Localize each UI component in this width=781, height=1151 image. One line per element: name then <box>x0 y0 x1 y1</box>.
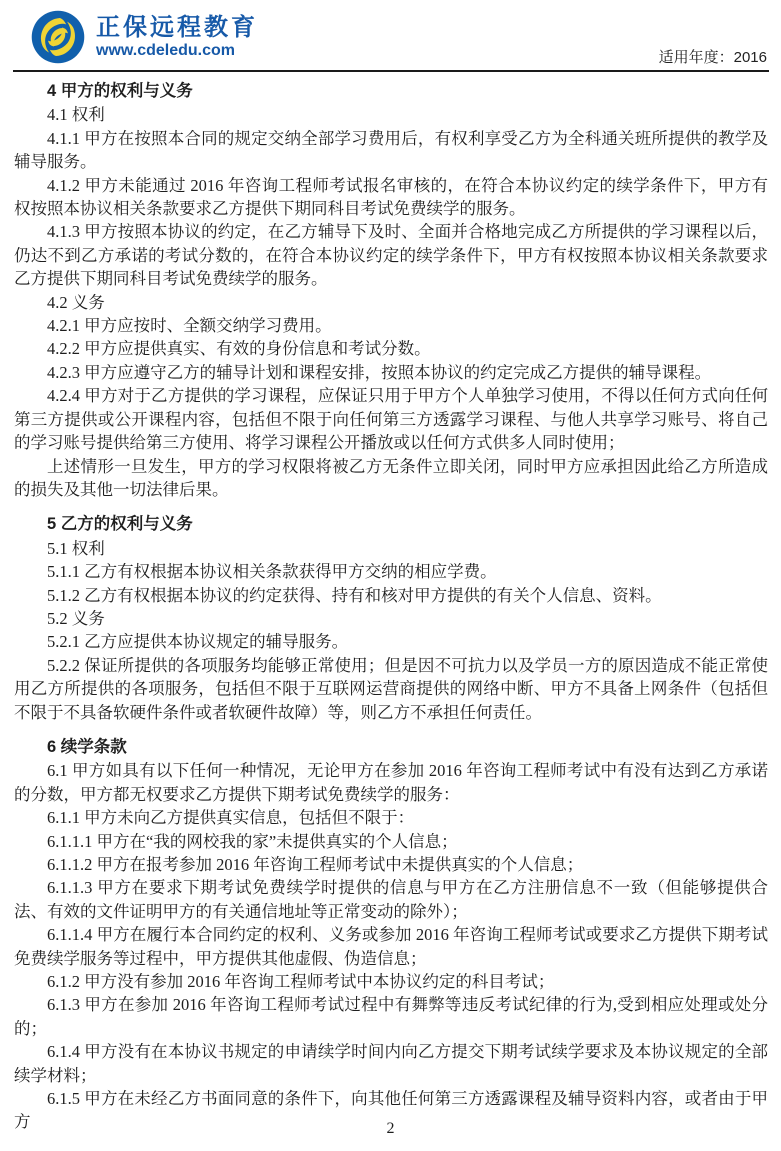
paragraph: 4.2 义务 <box>14 291 768 314</box>
paragraph: 6.1.1.2 甲方在报考参加 2016 年咨询工程师考试中未提供真实的个人信息… <box>14 853 768 876</box>
paragraph: 4.1.2 甲方未能通过 2016 年咨询工程师考试报名审核的，在符合本协议约定… <box>14 174 768 221</box>
section-heading: 6 续学条款 <box>14 736 768 759</box>
section-heading: 4 甲方的权利与义务 <box>14 80 768 103</box>
paragraph: 4.2.1 甲方应按时、全额交纳学习费用。 <box>14 314 768 337</box>
header-divider <box>13 70 769 72</box>
paragraph: 6.1.3 甲方在参加 2016 年咨询工程师考试过程中有舞弊等违反考试纪律的行… <box>14 993 768 1040</box>
paragraph: 4.1 权利 <box>14 103 768 126</box>
brand-name: 正保远程教育 <box>96 14 258 41</box>
document-page: 正保远程教育 www.cdeledu.com 适用年度：2016 4 甲方的权利… <box>0 0 781 1151</box>
paragraph: 6.1.1.4 甲方在履行本合同约定的权利、义务或参加 2016 年咨询工程师考… <box>14 923 768 970</box>
applicable-year-label: 适用年度：2016 <box>659 46 767 67</box>
document-body: 4 甲方的权利与义务4.1 权利4.1.1 甲方在按照本合同的规定交纳全部学习费… <box>14 80 768 1134</box>
brand-logo-icon <box>29 8 87 66</box>
paragraph: 6.1.1.1 甲方在“我的网校我的家”未提供真实的个人信息； <box>14 830 768 853</box>
paragraph: 6.1.1.3 甲方在要求下期考试免费续学时提供的信息与甲方在乙方注册信息不一致… <box>14 876 768 923</box>
page-number: 2 <box>0 1120 781 1138</box>
paragraph: 6.1.2 甲方没有参加 2016 年咨询工程师考试中本协议约定的科目考试； <box>14 970 768 993</box>
paragraph: 4.2.3 甲方应遵守乙方的辅导计划和课程安排，按照本协议的约定完成乙方提供的辅… <box>14 361 768 384</box>
paragraph: 5.1.2 乙方有权根据本协议的约定获得、持有和核对甲方提供的有关个人信息、资料… <box>14 584 768 607</box>
brand-website: www.cdeledu.com <box>96 41 258 61</box>
paragraph: 5.1.1 乙方有权根据本协议相关条款获得甲方交纳的相应学费。 <box>14 560 768 583</box>
paragraph: 4.1.3 甲方按照本协议的约定，在乙方辅导下及时、全面并合格地完成乙方所提供的… <box>14 220 768 290</box>
paragraph: 5.1 权利 <box>14 537 768 560</box>
paragraph: 5.2 义务 <box>14 607 768 630</box>
paragraph: 4.2.4 甲方对于乙方提供的学习课程，应保证只用于甲方个人单独学习使用，不得以… <box>14 384 768 454</box>
paragraph: 6.1 甲方如具有以下任何一种情况，无论甲方在参加 2016 年咨询工程师考试中… <box>14 759 768 806</box>
paragraph: 5.2.1 乙方应提供本协议规定的辅导服务。 <box>14 630 768 653</box>
paragraph: 上述情形一旦发生，甲方的学习权限将被乙方无条件立即关闭，同时甲方应承担因此给乙方… <box>14 455 768 502</box>
paragraph: 6.1.1 甲方未向乙方提供真实信息，包括但不限于： <box>14 806 768 829</box>
brand-text-block: 正保远程教育 www.cdeledu.com <box>96 14 258 61</box>
paragraph: 4.1.1 甲方在按照本合同的规定交纳全部学习费用后，有权利享受乙方为全科通关班… <box>14 127 768 174</box>
paragraph: 6.1.4 甲方没有在本协议书规定的申请续学时间内向乙方提交下期考试续学要求及本… <box>14 1040 768 1087</box>
section-heading: 5 乙方的权利与义务 <box>14 513 768 536</box>
paragraph: 5.2.2 保证所提供的各项服务均能够正常使用；但是因不可抗力以及学员一方的原因… <box>14 654 768 724</box>
brand-logo: 正保远程教育 www.cdeledu.com <box>29 8 258 66</box>
paragraph: 4.2.2 甲方应提供真实、有效的身份信息和考试分数。 <box>14 337 768 360</box>
